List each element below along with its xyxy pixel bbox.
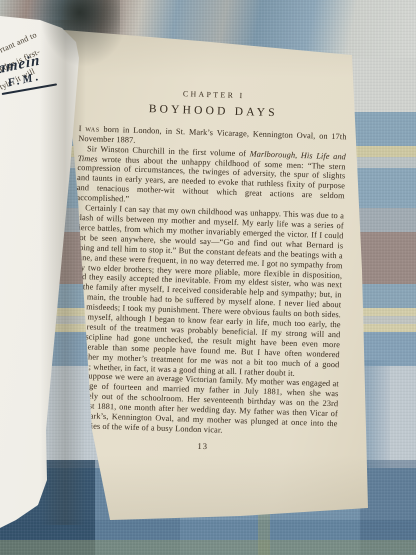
paragraph-1-smallcaps: was	[85, 124, 100, 133]
chapter-label: CHAPTER I	[80, 86, 348, 104]
paragraph-2: Sir Winston Churchill in the first volum…	[76, 144, 346, 212]
paragraph-2-post: wrote thus about the unhappy childhood o…	[76, 154, 345, 204]
paragraph-1-rest: born in London, in St. Mark’s Vicarage, …	[78, 124, 346, 144]
handwritten-signature: lamein F.M.	[0, 50, 57, 97]
chapter-title: BOYHOOD DAYS	[79, 103, 347, 121]
page-text-block: CHAPTER I BOYHOOD DAYS I was born in Lon…	[69, 86, 348, 456]
page-number: 13	[69, 438, 337, 456]
paragraph-3: Certainly I can say that my own childhoo…	[71, 203, 344, 380]
paragraph-4: I suppose we were an average Victorian f…	[69, 371, 339, 439]
book-photo: CHAPTER I BOYHOOD DAYS I was born in Lon…	[0, 0, 416, 555]
